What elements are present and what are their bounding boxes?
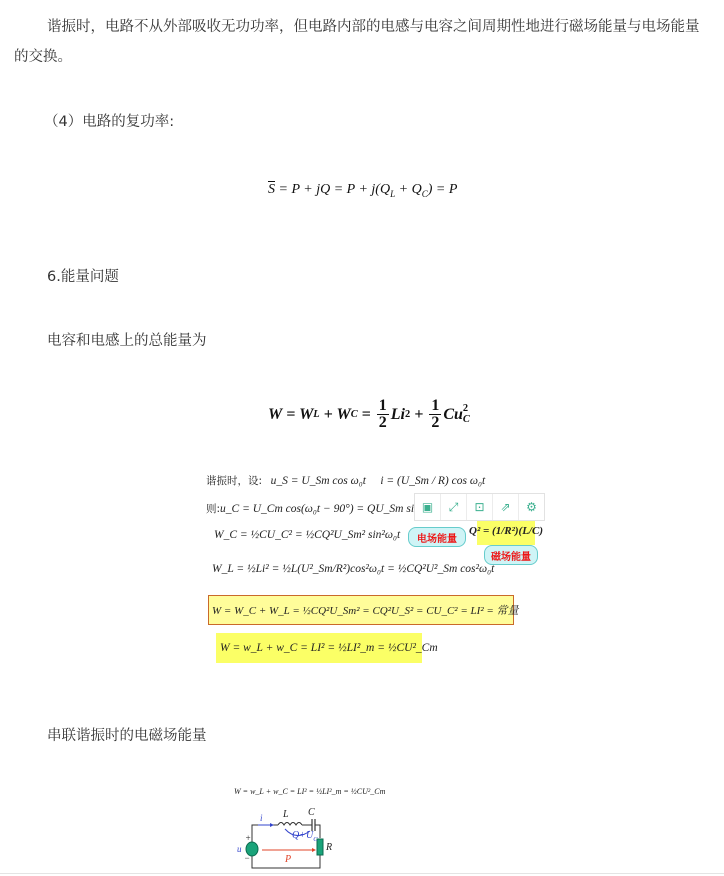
complex-power-symbol: S [268,182,275,197]
total-energy-equation: W = WL + WC = 12 Li2 + 12 Cu2C [268,398,470,431]
label-minus: − [244,853,250,863]
fraction-half: 12 [377,398,389,431]
total-energy-box-1: W = W_C + W_L = ½CQ²U_Sm² = CQ²U_S² = CU… [208,595,514,625]
q-squared-box: Q² = (1/R²)(L/C) [477,517,535,545]
page-bottom-divider [0,873,724,874]
share-icon[interactable]: ⇗ [493,494,519,520]
eq-part: + W [320,406,351,424]
eq-part: = [358,406,375,424]
eq-part: Cu [443,406,463,424]
resonance-exchange-text-line1: 谐振时，电路不从外部吸收无功功率，但电路内部的电感与电容之间周期性地进行磁场能量… [47,12,700,42]
eq-part: + Q [395,182,422,197]
fullscreen-icon[interactable]: ⤢ [441,494,467,520]
eq-part: + [410,406,427,424]
fig1-line4: W_L = ½Li² = ½L(U²_Sm/R²)cos²ω₀t = ½CQ²U… [212,563,494,575]
ocr-icon[interactable]: ▣ [415,494,441,520]
save-icon[interactable]: ⊡ [467,494,493,520]
label-voltage-source: u [237,844,242,854]
label-current: i [260,813,263,823]
label-power: P [285,854,291,865]
fig1-line3: W_C = ½CU_C² = ½CQ²U_Sm² sin²ω₀t [214,529,400,541]
settings-icon[interactable]: ⚙ [519,494,544,520]
eq-part: ) = P [428,182,458,197]
image-toolbar: ▣ ⤢ ⊡ ⇗ ⚙ [414,493,545,521]
label-capacitor: C [308,807,315,818]
series-rlc-circuit-figure: W = w_L + w_C = LI² = ½LI²_m = ½CU²_Cm i… [230,785,390,875]
callout-magnetic-energy: 磁场能量 [484,545,538,565]
fig1-line1: 谐振时，设: u_S = U_Sm cos ω₀t i = (U_Sm / R)… [206,473,485,488]
callout-electric-energy: 电场能量 [408,527,466,547]
eq-part: = P + jQ = P + j(Q [279,182,391,197]
total-energy-intro: 电容和电感上的总能量为 [47,326,207,356]
complex-power-equation: S = P + jQ = P + j(QL + QC) = P [268,182,457,199]
eq-part: Li [391,406,405,424]
eq-sub: C [463,415,470,425]
complex-power-heading: （4）电路的复功率: [44,107,174,137]
resonance-exchange-text-line2: 的交换。 [14,42,72,72]
energy-heading: 6.能量问题 [47,262,119,292]
series-resonance-heading: 串联谐振时的电磁场能量 [47,721,207,751]
eq-part: W [268,406,282,424]
label-inductor: L [283,809,289,820]
fraction-half: 12 [429,398,441,431]
label-q-uc: Q+UC [292,830,318,843]
total-energy-box-2: W = w_L + w_C = LI² = ½LI²_m = ½CU²_Cm [216,633,422,663]
eq-sub: C [351,409,358,420]
fig1-line2: 则:u_C = U_Cm cos(ω₀t − 90°) = QU_Sm sin … [206,501,438,516]
label-plus: + [245,833,251,843]
eq-part: = W [282,406,313,424]
label-resistor: R [326,842,332,853]
eq-sup: 2 [463,404,470,414]
